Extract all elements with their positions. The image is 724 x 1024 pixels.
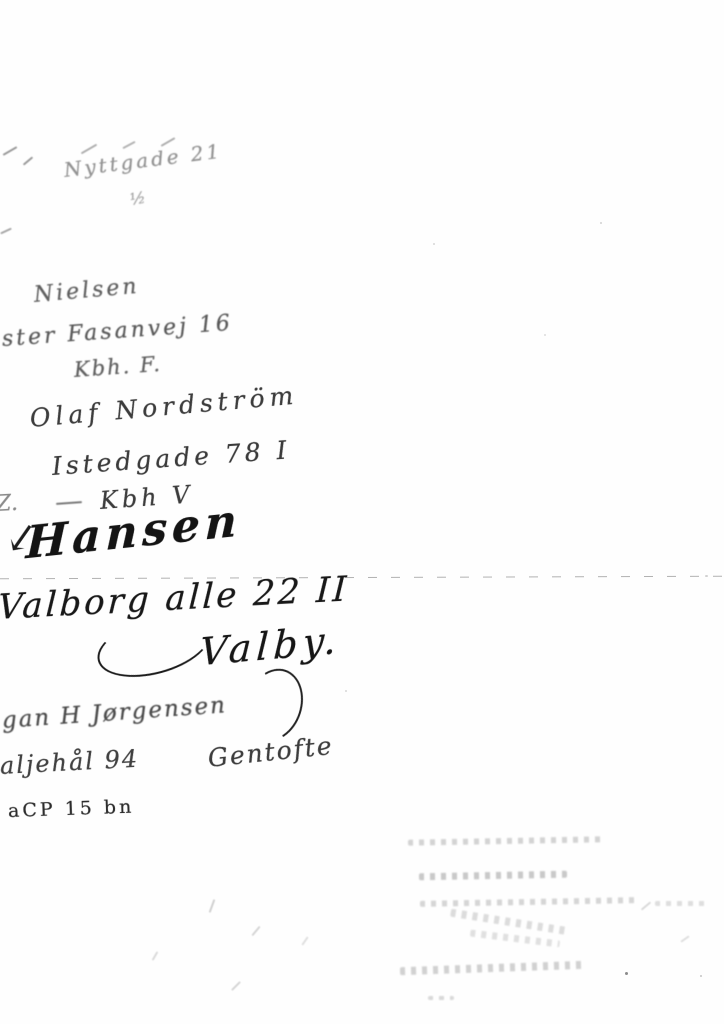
- handwritten-name: Nielsen: [33, 274, 141, 308]
- ghost-stroke: [209, 899, 216, 913]
- ghost-stroke: [641, 901, 651, 910]
- paper-speck: [700, 975, 702, 977]
- bleedthrough-smudge: [420, 897, 635, 907]
- bleedthrough-smudge: [419, 871, 567, 881]
- handwritten-street-line: Istedgade 78 I: [51, 435, 291, 481]
- handwritten-street-line: aljehål 94: [0, 745, 140, 780]
- bleedthrough-smudge: [408, 836, 603, 845]
- scan-artifact-line: [0, 576, 724, 580]
- bleedthrough-smudge: [470, 930, 560, 948]
- bleedthrough-smudge: [450, 909, 570, 936]
- handwritten-city: Kbh. F.: [73, 352, 162, 382]
- ink-fragment: [3, 146, 18, 156]
- handwritten-floor-note: ½: [128, 187, 147, 208]
- handwritten-margin-mark: Z.: [0, 491, 19, 517]
- handwritten-city-large: Valby.: [199, 617, 342, 674]
- bleedthrough-smudge: [428, 996, 454, 1000]
- paper-speck: [544, 334, 546, 336]
- handwritten-abbreviation-note: aCP 15 bn: [8, 796, 135, 822]
- handwritten-street-line: Nyttgade 21: [63, 139, 224, 182]
- handwritten-street-line: ster Fasanvej 16: [1, 311, 234, 352]
- handwritten-city: Gentofte: [206, 731, 334, 773]
- ink-fragment: [81, 144, 98, 155]
- paper-speck: [600, 222, 602, 224]
- ink-dash: [56, 501, 82, 505]
- paper-speck: [625, 972, 628, 975]
- paper-speck: [345, 690, 347, 692]
- ghost-stroke: [301, 936, 308, 945]
- ghost-stroke: [231, 981, 241, 991]
- paper-speck: [705, 575, 708, 577]
- ink-fragment: [0, 228, 12, 235]
- handwritten-name-large: Hansen: [25, 495, 242, 569]
- handwritten-name: gan H Jørgensen: [1, 692, 228, 734]
- bleedthrough-smudge: [655, 901, 710, 906]
- scanned-handwritten-page: Nyttgade 21 ½ Nielsen ster Fasanvej 16 K…: [0, 0, 724, 1024]
- bleedthrough-smudge: [400, 961, 585, 975]
- ghost-stroke: [251, 926, 260, 936]
- handwritten-name: Olaf Nordström: [29, 381, 300, 433]
- ink-fragment: [23, 156, 33, 165]
- paper-speck: [433, 243, 435, 245]
- ghost-stroke: [152, 951, 159, 961]
- ink-fragment: [122, 141, 135, 149]
- ghost-stroke: [680, 935, 689, 942]
